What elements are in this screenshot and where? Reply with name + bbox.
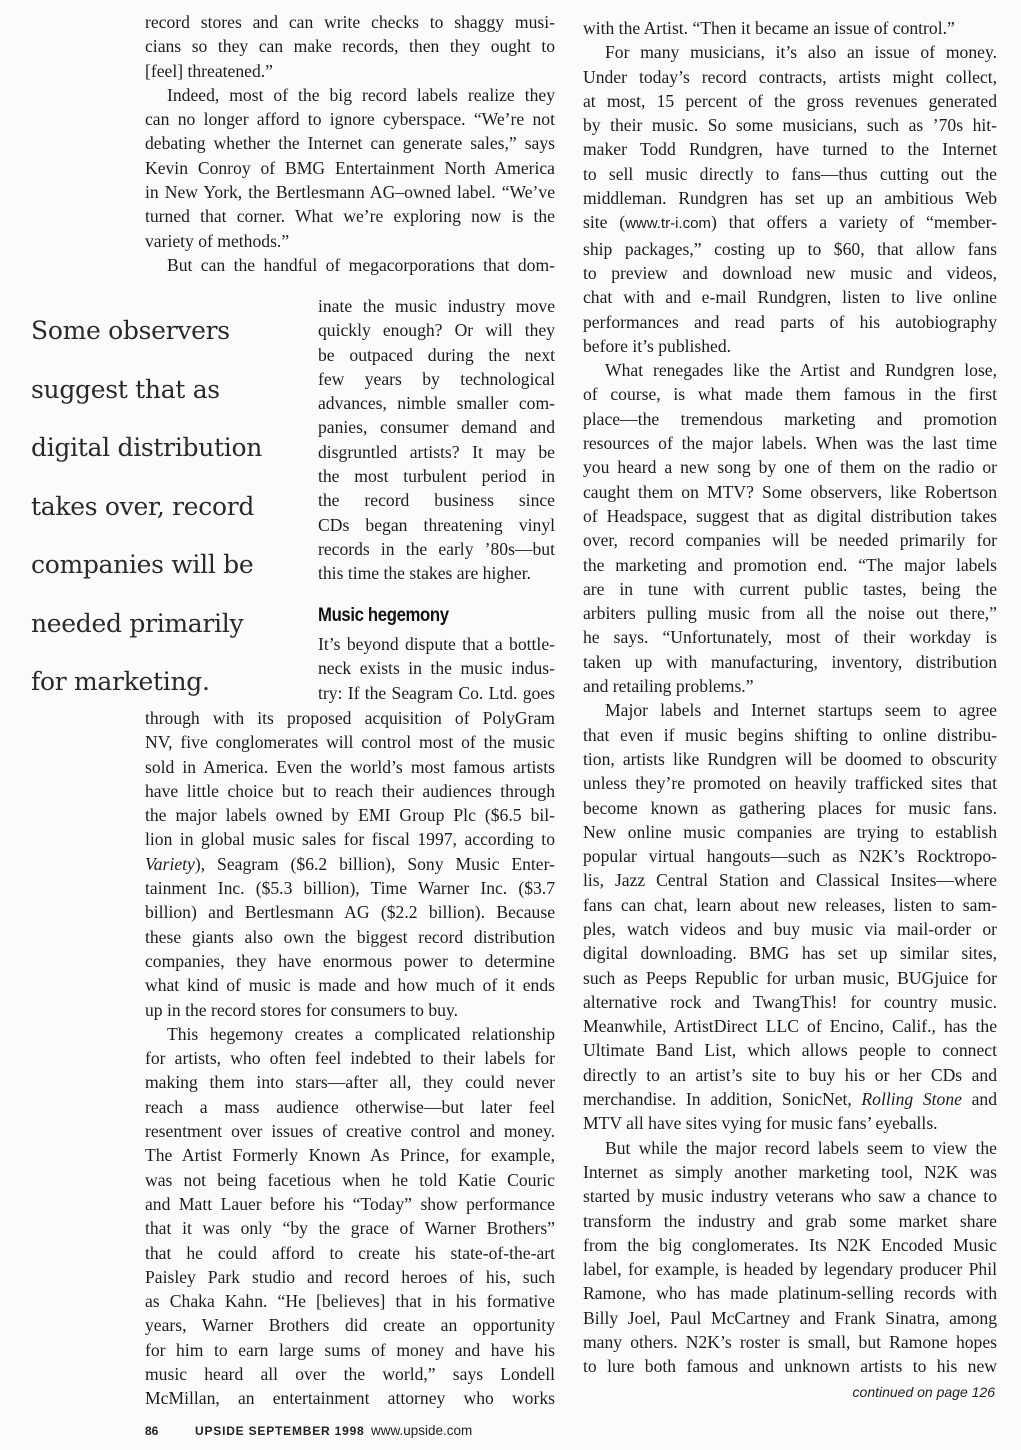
body-line: by their music. So some musicians, such … [583, 113, 997, 137]
section-heading: Music hegemony [318, 605, 449, 627]
body-line: that even if music begins shifting to on… [583, 723, 997, 747]
body-line: of Headspace, suggest that as digital di… [583, 504, 997, 528]
body-line: Under today’s record contracts, artists … [583, 65, 997, 89]
body-line: middleman. Rundgren has set up an ambiti… [583, 186, 997, 210]
body-line: transform the industry and grab some mar… [583, 1209, 997, 1233]
body-line: the marketing and promotion end. “The ma… [583, 553, 997, 577]
body-line: variety of methods.” [145, 229, 555, 253]
magazine-issue: UPSIDE SEPTEMBER 1998 [195, 1424, 371, 1438]
body-line: Ramone, who has made platinum-selling re… [583, 1281, 997, 1305]
body-line: ples, watch videos and buy music via mai… [583, 917, 997, 941]
body-line: site (www.tr-i.com) that offers a variet… [583, 210, 997, 236]
body-line: fans can chat, learn about new releases,… [583, 893, 997, 917]
body-line: CDs began threatening vinyl [318, 513, 555, 537]
body-line: Indeed, most of the big record labels re… [145, 83, 555, 107]
body-line: before it’s published. [583, 334, 997, 358]
body-line: companies, they have enormous power to d… [145, 949, 555, 973]
body-line: from the big conglomerates. Its N2K Enco… [583, 1233, 997, 1257]
body-line: reach a mass audience otherwise—but late… [145, 1095, 555, 1119]
body-line: the major labels owned by EMI Group Plc … [145, 803, 555, 827]
body-line: these giants also own the biggest record… [145, 925, 555, 949]
body-line: disgruntled artists? It may be [318, 440, 555, 464]
body-line: he says. “Unfortunately, most of their w… [583, 625, 997, 649]
body-line: to lure both famous and unknown artists … [583, 1354, 997, 1378]
body-line: few years by technological [318, 367, 555, 391]
article-column-narrow-after-heading: It’s beyond dispute that a bottle-neck e… [318, 632, 555, 705]
body-line: resources of the major labels. When was … [583, 431, 997, 455]
article-column-left-bottom: through with its proposed acquisition of… [145, 706, 555, 1411]
body-line: quickly enough? Or will they [318, 318, 555, 342]
body-line: in New York, the Bertlesmann AG–owned la… [145, 180, 555, 204]
body-line: unless they’re promoted on heavily traff… [583, 771, 997, 795]
body-line: This hegemony creates a complicated rela… [145, 1022, 555, 1046]
body-line: the record business since [318, 488, 555, 512]
body-line: the most turbulent period in [318, 464, 555, 488]
body-line: Paisley Park studio and record heroes of… [145, 1265, 555, 1289]
body-line: to sell music directly to fans—thus cutt… [583, 162, 997, 186]
body-line: as Chaka Kahn. “He [believes] that in hi… [145, 1289, 555, 1313]
body-line: have little choice but to reach their au… [145, 779, 555, 803]
article-column-left-narrow: inate the music industry movequickly eno… [318, 294, 555, 586]
pull-quote-line: suggest that as [31, 361, 301, 420]
body-line: MTV all have sites vying for music fans’… [583, 1111, 997, 1135]
body-line: sold in America. Even the world’s most f… [145, 755, 555, 779]
body-line: of course, is what made them famous in t… [583, 382, 997, 406]
body-line: that he could afford to create his state… [145, 1241, 555, 1265]
body-line: What renegades like the Artist and Rundg… [583, 358, 997, 382]
body-line: try: If the Seagram Co. Ltd. goes [318, 681, 555, 705]
body-line: Variety), Seagram ($6.2 billion), Sony M… [145, 852, 555, 876]
body-line: tion, artists like Rundgren will be doom… [583, 747, 997, 771]
body-line: directly to an artist’s site to buy his … [583, 1063, 997, 1087]
body-line: to preview and download new music and vi… [583, 261, 997, 285]
body-line: and retailing problems.” [583, 674, 997, 698]
body-line: caught them on MTV? Some observers, like… [583, 480, 997, 504]
body-line: for artists, who often feel indebted to … [145, 1046, 555, 1070]
pull-quote-line: for marketing. [31, 653, 301, 712]
body-line: what kind of music is made and how much … [145, 973, 555, 997]
body-line: at most, 15 percent of the gross revenue… [583, 89, 997, 113]
pull-quote-line: needed primarily [31, 595, 301, 654]
body-line: But can the handful of megacorporations … [145, 253, 555, 277]
pull-quote: Some observerssuggest that asdigital dis… [31, 302, 301, 712]
body-line: digital downloading. BMG has set up simi… [583, 941, 997, 965]
body-line: McMillan, an entertainment attorney who … [145, 1386, 555, 1410]
body-line: years, Warner Brothers did create an opp… [145, 1313, 555, 1337]
body-line: ship packages,” costing up to $60, that … [583, 237, 997, 261]
body-line: chat with and e-mail Rundgren, listen to… [583, 285, 997, 309]
body-line: Major labels and Internet startups seem … [583, 698, 997, 722]
body-line: arbiters pulling music from all the nois… [583, 601, 997, 625]
pull-quote-line: Some observers [31, 302, 301, 361]
body-line: lis, Jazz Central Station and Classical … [583, 868, 997, 892]
body-line: for him to earn large sums of money and … [145, 1338, 555, 1362]
body-line: with the Artist. “Then it became an issu… [583, 16, 997, 40]
body-line: can no longer afford to ignore cyberspac… [145, 107, 555, 131]
body-line: advances, nimble smaller com- [318, 391, 555, 415]
body-line: turned that corner. What we’re exploring… [145, 204, 555, 228]
body-line: New online music companies are trying to… [583, 820, 997, 844]
article-column-left-top: record stores and can write checks to sh… [145, 10, 555, 277]
body-line: that it was only “by the grace of Warner… [145, 1216, 555, 1240]
body-line: maker Todd Rundgren, have turned to the … [583, 137, 997, 161]
article-column-right: with the Artist. “Then it became an issu… [583, 16, 997, 1379]
body-line: taken up with manufacturing, inventory, … [583, 650, 997, 674]
pull-quote-line: digital distribution [31, 419, 301, 478]
body-line: resentment over issues of creative contr… [145, 1119, 555, 1143]
body-line: cians so they can make records, then the… [145, 34, 555, 58]
body-line: over, record companies will be needed pr… [583, 528, 997, 552]
pull-quote-line: takes over, record [31, 478, 301, 537]
body-line: But while the major record labels seem t… [583, 1136, 997, 1160]
body-line: are in tune with current public tastes, … [583, 577, 997, 601]
body-line: billion) and Bertlesmann AG ($2.2 billio… [145, 900, 555, 924]
body-line: NV, five conglomerates will control most… [145, 730, 555, 754]
body-line: merchandise. In addition, SonicNet, Roll… [583, 1087, 997, 1111]
website-link[interactable]: www.upside.com [371, 1423, 472, 1438]
body-line: [feel] threatened.” [145, 59, 555, 83]
body-line: It’s beyond dispute that a bottle- [318, 632, 555, 656]
continued-notice: continued on page 126 [853, 1384, 995, 1400]
body-line: through with its proposed acquisition of… [145, 706, 555, 730]
body-line: The Artist Formerly Known As Prince, for… [145, 1143, 555, 1167]
body-line: such as Peeps Republic for urban music, … [583, 966, 997, 990]
body-line: be outpaced during the next [318, 343, 555, 367]
body-line: performances and read parts of his autob… [583, 310, 997, 334]
body-line: records in the early ’80s—but [318, 537, 555, 561]
body-line: neck exists in the music indus- [318, 656, 555, 680]
body-line: panies, consumer demand and [318, 415, 555, 439]
page-footer: 86 UPSIDE SEPTEMBER 1998 www.upside.com [145, 1423, 472, 1438]
body-line: For many musicians, it’s also an issue o… [583, 40, 997, 64]
body-line: record stores and can write checks to sh… [145, 10, 555, 34]
body-line: tainment Inc. ($5.3 billion), Time Warne… [145, 876, 555, 900]
body-line: and Matt Lauer before his “Today” show p… [145, 1192, 555, 1216]
page-number: 86 [145, 1424, 195, 1438]
body-line: started by music industry veterans who s… [583, 1184, 997, 1208]
body-line: Kevin Conroy of BMG Entertainment North … [145, 156, 555, 180]
body-line: alternative rock and TwangThis! for coun… [583, 990, 997, 1014]
body-line: music heard all over the world,” says Lo… [145, 1362, 555, 1386]
body-line: making them into stars—after all, they c… [145, 1070, 555, 1094]
body-line: Meanwhile, ArtistDirect LLC of Encino, C… [583, 1014, 997, 1038]
body-line: popular virtual hangouts—such as N2K’s R… [583, 844, 997, 868]
pull-quote-line: companies will be [31, 536, 301, 595]
body-line: Internet as simply another marketing too… [583, 1160, 997, 1184]
body-line: place—the tremendous marketing and promo… [583, 407, 997, 431]
body-line: become known as gathering places for mus… [583, 796, 997, 820]
body-line: this time the stakes are higher. [318, 561, 555, 585]
body-line: debating whether the Internet can genera… [145, 131, 555, 155]
body-line: up in the record stores for consumers to… [145, 998, 555, 1022]
body-line: was not being facetious when he told Kat… [145, 1168, 555, 1192]
body-line: lion in global music sales for fiscal 19… [145, 827, 555, 851]
body-line: Billy Joel, Paul McCartney and Frank Sin… [583, 1306, 997, 1330]
body-line: many others. N2K’s roster is small, but … [583, 1330, 997, 1354]
body-line: Ultimate Band List, which allows people … [583, 1038, 997, 1062]
body-line: label, for example, is headed by legenda… [583, 1257, 997, 1281]
body-line: you heard a new song by one of them on t… [583, 455, 997, 479]
body-line: inate the music industry move [318, 294, 555, 318]
